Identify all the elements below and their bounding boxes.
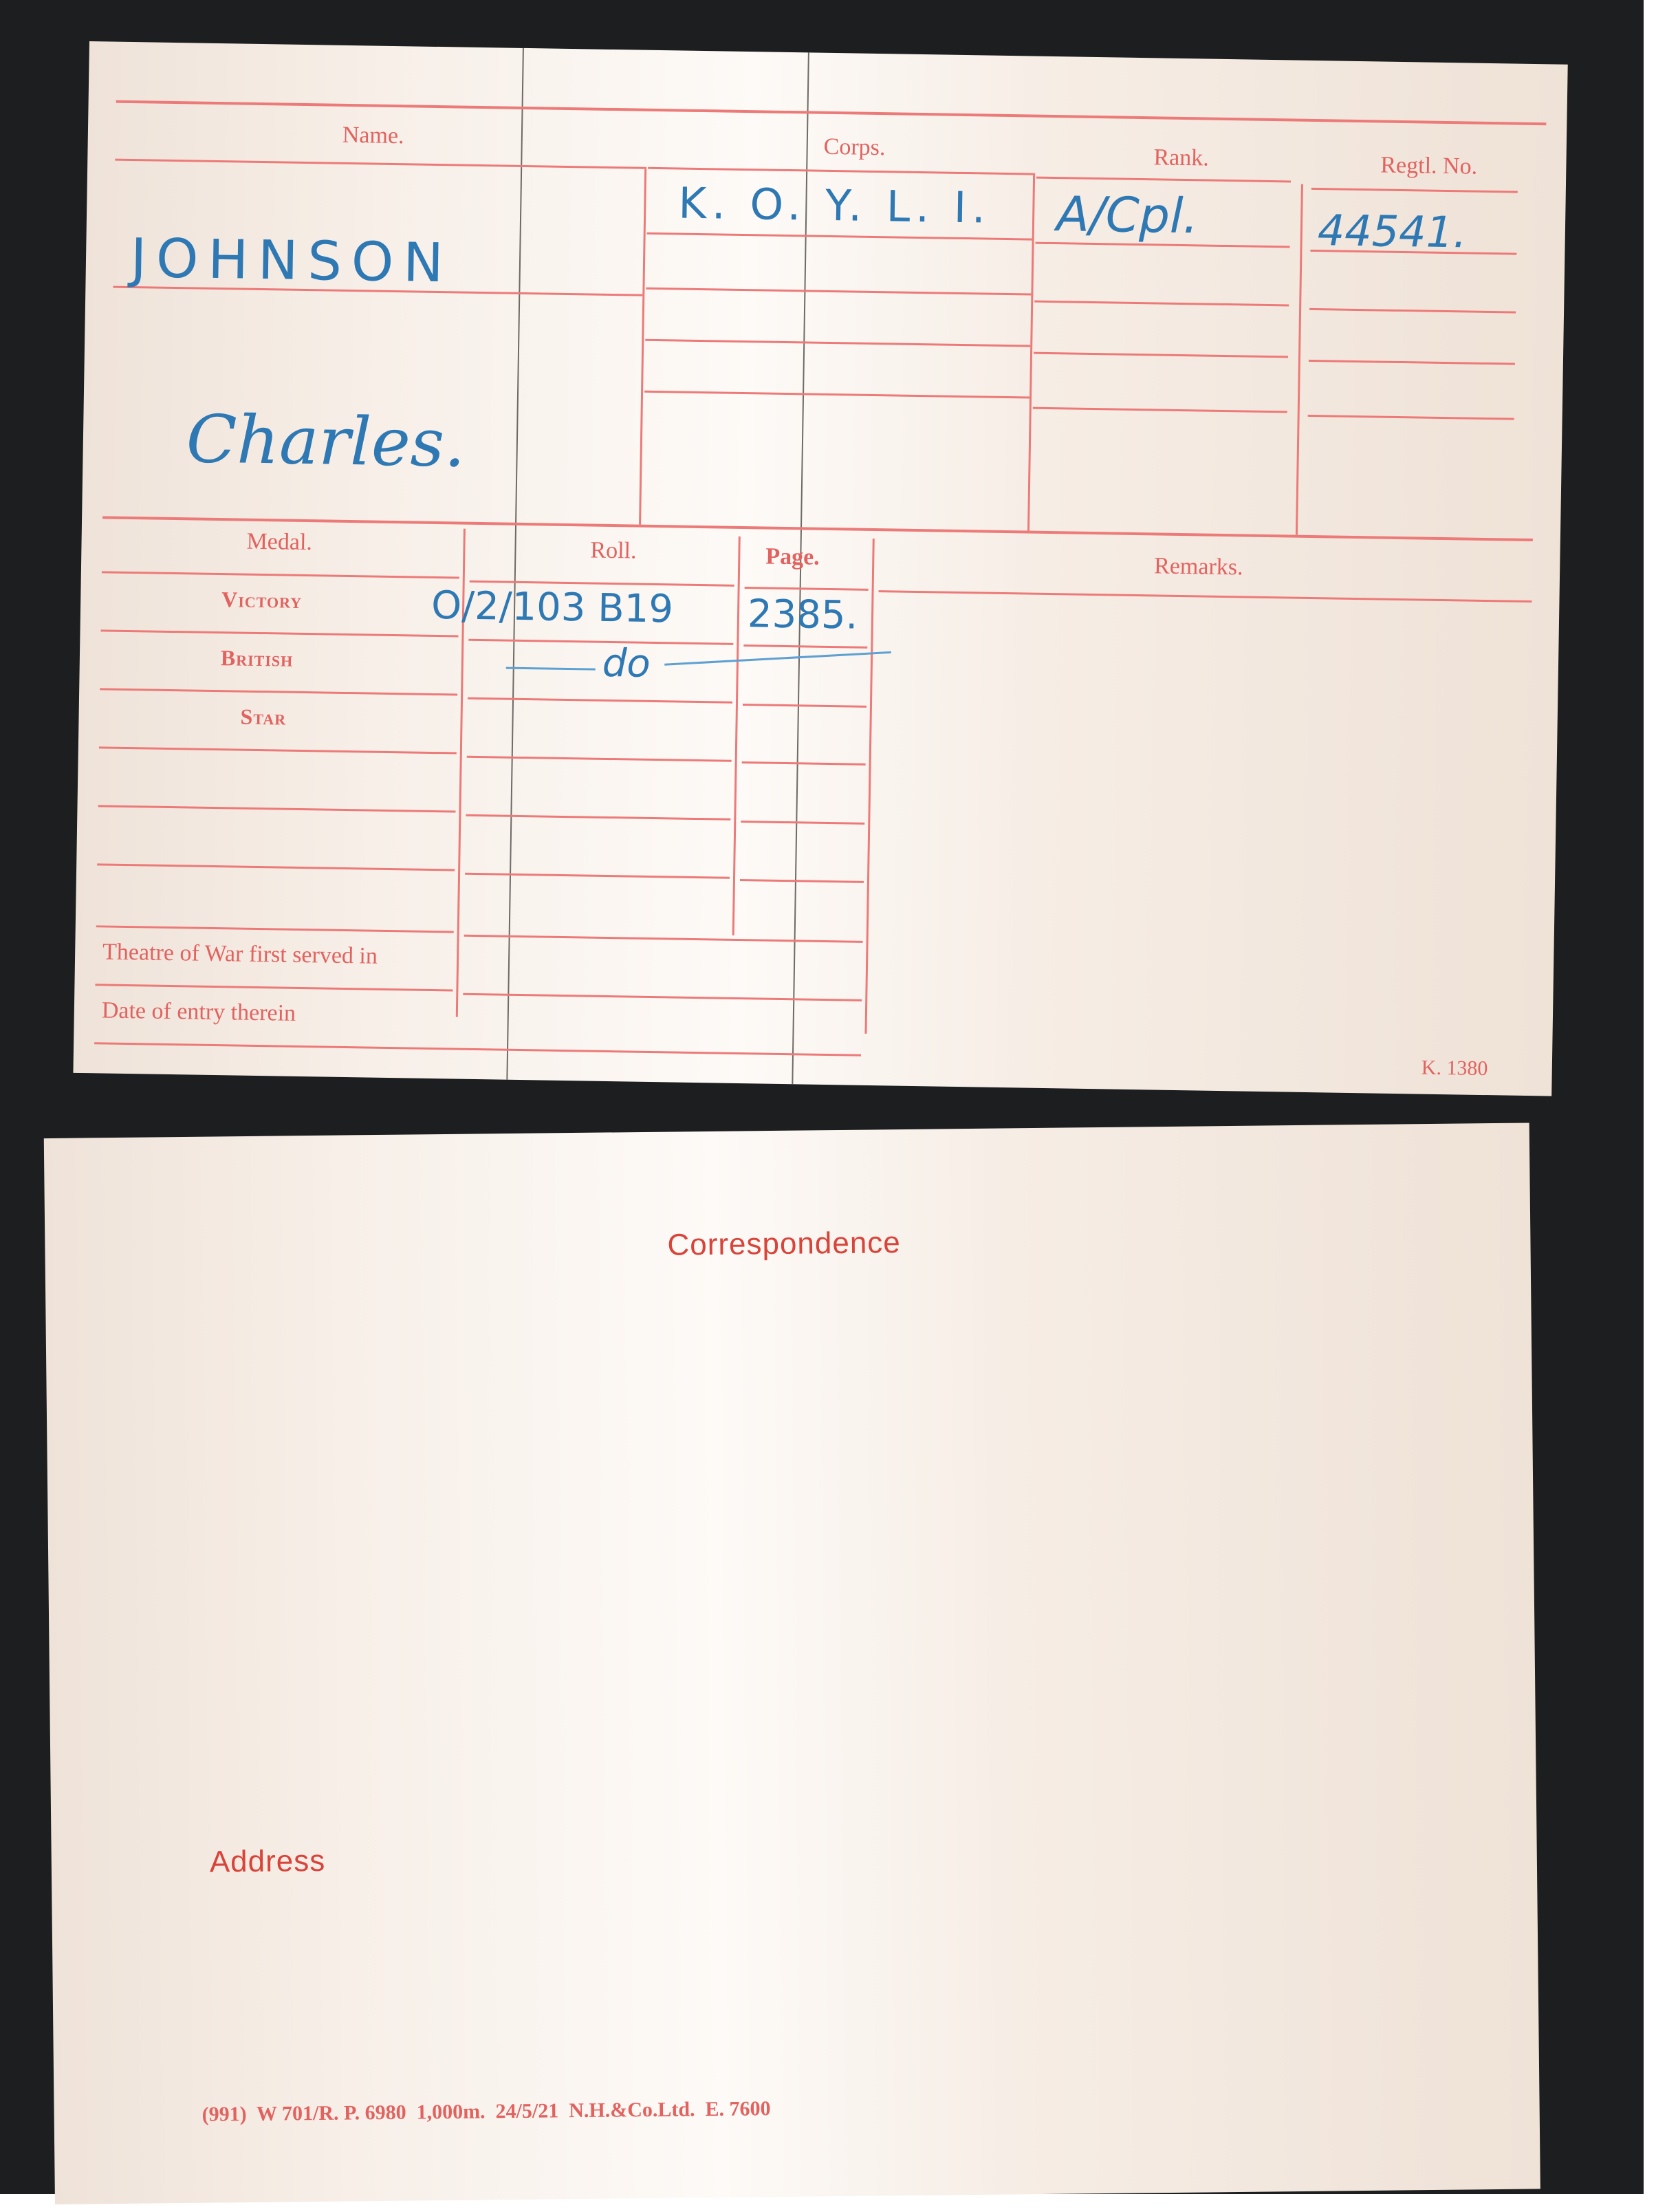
rule <box>466 814 730 821</box>
medal-victory-label: Victory <box>221 587 303 614</box>
rule <box>1034 352 1288 358</box>
rule <box>740 879 864 883</box>
rule <box>102 571 459 578</box>
rule <box>115 159 644 169</box>
rule <box>646 288 1031 296</box>
date-entry-label: Date of entry therein <box>102 997 296 1026</box>
medal-british-label: British <box>221 645 294 672</box>
rule <box>464 935 863 943</box>
rule <box>1311 188 1518 193</box>
rule <box>1308 415 1514 420</box>
rule <box>1309 308 1516 314</box>
rule <box>1034 301 1289 307</box>
fold-line <box>506 48 524 1080</box>
page-col-left <box>732 536 741 935</box>
rule <box>879 590 1532 603</box>
rule <box>741 821 864 825</box>
rule <box>95 984 453 991</box>
medal-star-label: Star <box>240 704 286 730</box>
regtl-col-left <box>1296 184 1303 535</box>
rule <box>99 746 457 754</box>
rule <box>648 167 1033 175</box>
rank-header: Rank. <box>1153 144 1209 171</box>
rule <box>465 873 730 879</box>
rule <box>98 805 456 812</box>
rule <box>1036 177 1291 183</box>
rule <box>96 925 454 933</box>
page-header: Page. <box>765 544 820 571</box>
rule <box>743 704 867 708</box>
corps-col-left <box>639 167 646 525</box>
address-label: Address <box>210 1844 326 1880</box>
remarks-header: Remarks. <box>1154 553 1243 581</box>
medal-header: Medal. <box>246 529 312 556</box>
rule <box>97 863 455 871</box>
rule <box>1309 360 1515 365</box>
rule <box>647 232 1032 241</box>
rule <box>468 639 733 645</box>
corps-entry: K. O. Y. L. I. <box>678 177 992 232</box>
medal-card-reverse: Correspondence Address (991) W 701/R. P.… <box>44 1123 1540 2204</box>
ditto-stroke <box>506 667 596 671</box>
british-roll-entry: do <box>602 641 651 686</box>
rule <box>645 339 1030 347</box>
corps-header: Corps. <box>823 134 885 161</box>
ditto-stroke <box>664 651 891 666</box>
section-divider <box>102 516 1533 541</box>
rule <box>742 761 866 766</box>
rule <box>644 391 1029 399</box>
rule <box>743 644 867 649</box>
printer-imprint: (991) W 701/R. P. 6980 1,000m. 24/5/21 N… <box>201 2097 770 2127</box>
rank-entry: A/Cpl. <box>1056 186 1199 244</box>
surname-entry: JOHNSON <box>130 228 453 294</box>
rule <box>1033 407 1287 413</box>
name-header: Name. <box>342 122 404 149</box>
rule <box>101 629 459 637</box>
rule <box>467 756 732 762</box>
rule <box>463 993 862 1001</box>
roll-header: Roll. <box>590 538 637 565</box>
page-col-right <box>864 539 874 1034</box>
top-rule <box>116 100 1547 126</box>
regtl-no-entry: 44541. <box>1317 205 1467 257</box>
regtl-no-header: Regtl. No. <box>1380 153 1477 180</box>
forename-entry: Charles. <box>186 400 466 481</box>
rule <box>745 587 869 591</box>
rule <box>468 697 732 704</box>
victory-roll-entry: O/2/103 B19 <box>431 583 674 632</box>
victory-page-entry: 2385. <box>748 592 858 638</box>
theatre-label: Theatre of War first served in <box>102 939 378 969</box>
medal-card-front: Name. Corps. Rank. Regtl. No. JOHNSON Ch… <box>73 41 1567 1096</box>
rule <box>94 1042 861 1056</box>
form-number: K. 1380 <box>1421 1056 1488 1081</box>
rule <box>100 688 457 695</box>
correspondence-title: Correspondence <box>667 1226 901 1263</box>
